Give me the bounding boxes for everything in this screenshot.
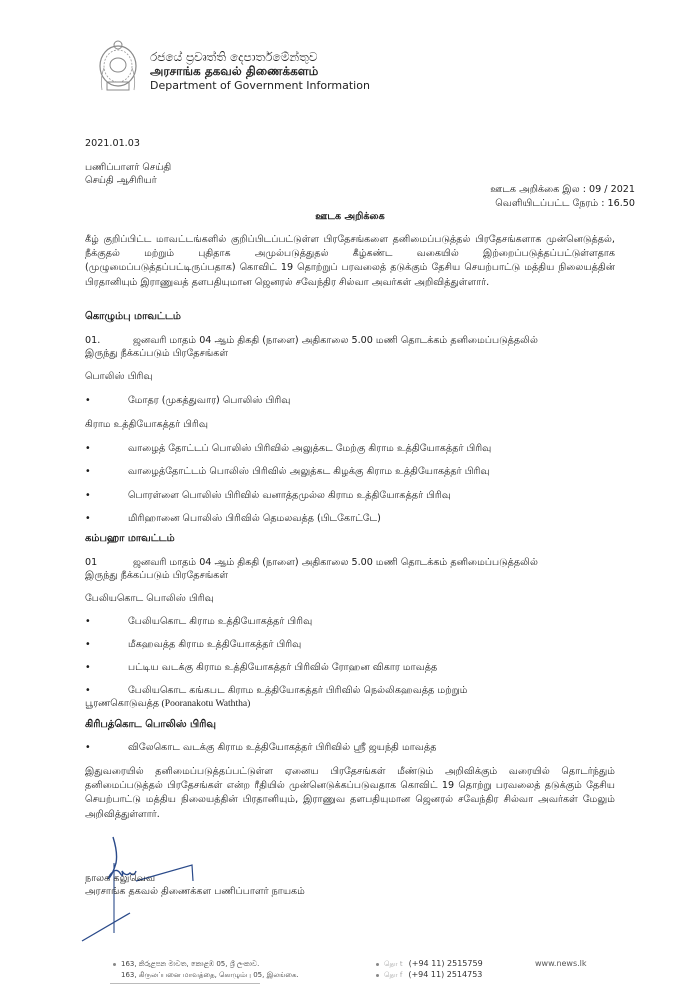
footer-address-sinhala: 163, කිරුළපන මාවත, කොළඹ 05, ශ්‍රී ලංකාව. [113, 959, 259, 969]
footer-address-tamil: 163, கிருலப்பனை மாவத்தை, கொழும்பு 05, இல… [121, 970, 299, 980]
bullet: • [85, 489, 91, 503]
list-item: பொரள்ளை பொலிஸ் பிரிவில் வனாத்தமுல்ல கிரா… [128, 489, 451, 503]
footer-divider [110, 983, 260, 984]
bullet: • [85, 741, 91, 755]
colombo-item-text: ஜனவரி மாதம் 04 ஆம் திகதி (நாளை) அதிகாலை … [133, 335, 538, 346]
list-item: வாழைத் தோட்டப் பொலிஸ் பிரிவில் அலுத்கட ம… [128, 442, 491, 456]
colombo-district-heading: கொழும்பு மாவட்டம் [85, 310, 181, 324]
bullet: • [85, 684, 91, 698]
signatory-title: அரசாங்க தகவல் திணைக்கள பணிப்பாளர் நாயகம் [85, 885, 305, 899]
org-name-sinhala: රජයේ ප්‍රවෘත්ති දෙපාර්තමේන්තුව [150, 50, 317, 64]
bullet: • [85, 512, 91, 526]
recipient-line-2: செய்தி ஆசிரியர் [85, 174, 157, 188]
peliyagoda-police-label: பேலியகொட பொலிஸ் பிரிவு [85, 592, 214, 606]
bullet: • [85, 442, 91, 456]
list-item-continuation: பூரணகொடுவத்த (Pooranakotu Waththa) [85, 697, 250, 711]
footer-website-link[interactable]: www.news.lk [535, 959, 587, 969]
list-item: மிரிஹானை பொலிஸ் பிரிவில் தெமலவத்த (பிடகோ… [128, 512, 381, 526]
org-name-tamil: அரசாங்க தகவல் திணைக்களம் [150, 64, 318, 78]
list-item: பேலியகொட கங்கபட கிராம உத்தியோகத்தர் பிரி… [128, 684, 467, 698]
bullet: • [85, 465, 91, 479]
gampaha-item-line1: 01ஜனவரி மாதம் 04 ஆம் திகதி (நாளை) அதிகால… [85, 556, 538, 570]
bullet: • [85, 638, 91, 652]
sri-lanka-emblem-icon [96, 38, 140, 94]
list-item: பட்டிய வடக்கு கிராம உத்தியோகத்தர் பிரிவி… [128, 661, 437, 675]
kiribathgoda-police-label: கிரிபத்கொட பொலிஸ் பிரிவு [85, 718, 216, 732]
bullet [113, 963, 116, 966]
colombo-item-line1: 01.ஜனவரி மாதம் 04 ஆம் திகதி (நாளை) அதிகா… [85, 334, 538, 348]
list-item: வாழைத்தோட்டம் பொலிஸ் பிரிவில் அலுத்கட கி… [128, 465, 490, 479]
colombo-gn-division-label: கிராம உத்தியோகத்தர் பிரிவு [85, 418, 208, 432]
bullet: • [85, 615, 91, 629]
list-item: மோதர (முகத்துவார) பொலிஸ் பிரிவு [128, 394, 290, 408]
document-title: ஊடக அறிக்கை [0, 211, 700, 223]
list-item: விலேகொட வடக்கு கிராம உத்தியோகத்தர் பிரிவ… [128, 741, 436, 755]
document-date: 2021.01.03 [85, 137, 140, 151]
gampaha-district-heading: கம்பஹா மாவட்டம் [85, 532, 175, 546]
recipient-line-1: பணிப்பாளர் செய்தி [85, 161, 171, 175]
bullet: • [85, 661, 91, 675]
release-number: ஊடக அறிக்கை இல : 09 / 2021 [490, 183, 635, 197]
list-item: பேலியகொட கிராம உத்தியோகத்தர் பிரிவு [128, 615, 312, 629]
intro-paragraph: கீழ் குறிப்பிட்ட மாவட்டங்களில் குறிப்பிட… [85, 233, 615, 290]
fax-icon [376, 974, 379, 977]
signatory-name: நாலக கலுவெவ [85, 872, 155, 886]
colombo-police-division-label: பொலிஸ் பிரிவு [85, 370, 153, 384]
gampaha-item-text: ஜனவரி மாதம் 04 ஆம் திகதி (நாளை) அதிகாலை … [133, 557, 538, 568]
phone-icon [376, 963, 379, 966]
gampaha-item-line2: இருந்து நீக்கப்படும் பிரதேசங்கள் [85, 569, 228, 583]
colombo-item-number: 01. [85, 334, 133, 348]
footer-fax: தொ f(+94 11) 2514753 [376, 970, 482, 980]
closing-paragraph: இதுவரையில் தனிமைப்படுத்தப்பட்டுள்ள ஏனைய … [85, 765, 615, 822]
footer-telephone: தொ t(+94 11) 2515759 [376, 959, 483, 969]
colombo-item-line2: இருந்து நீக்கப்படும் பிரதேசங்கள் [85, 347, 228, 361]
bullet: • [85, 394, 91, 408]
release-time: வெளியிடப்பட்ட நேரம் : 16.50 [495, 197, 635, 211]
gampaha-item-number: 01 [85, 556, 133, 570]
list-item: மீகஹவத்த கிராம உத்தியோகத்தர் பிரிவு [128, 638, 301, 652]
org-name-english: Department of Government Information [150, 79, 370, 92]
